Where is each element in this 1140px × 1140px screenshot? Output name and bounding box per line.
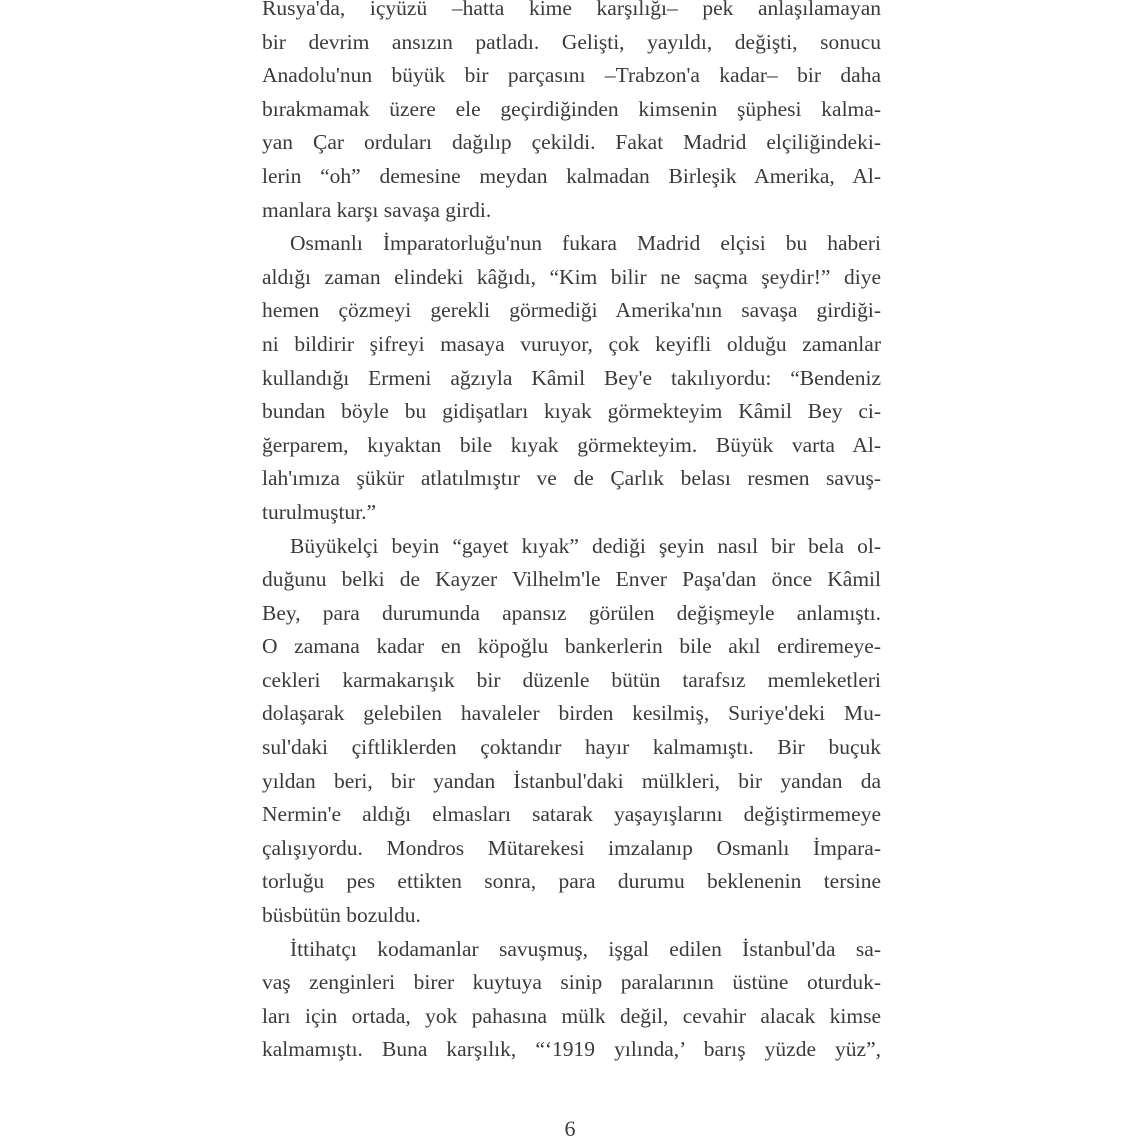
text-line: ni bildirir şifreyi masaya vuruyor, çok … xyxy=(262,328,881,362)
text-line: Rusya'da, içyüzü –hatta kime karşılığı– … xyxy=(262,0,881,26)
text-line: kullandığı Ermeni ağzıyla Kâmil Bey'e ta… xyxy=(262,362,881,396)
text-line: aldığı zaman elindeki kâğıdı, “Kim bilir… xyxy=(262,261,881,295)
text-line: bundan böyle bu gidişatları kıyak görmek… xyxy=(262,395,881,429)
text-line: büsbütün bozuldu. xyxy=(262,899,881,933)
paragraph: Rusya'da, içyüzü –hatta kime karşılığı– … xyxy=(262,0,881,227)
text-line: cekleri karmakarışık bir düzenle bütün t… xyxy=(262,664,881,698)
text-line: lerin “oh” demesine meydan kalmadan Birl… xyxy=(262,160,881,194)
text-line: bırakmamak üzere ele geçirdiğinden kimse… xyxy=(262,93,881,127)
text-line: vaş zenginleri birer kuytuya sinip paral… xyxy=(262,966,881,1000)
text-line: İttihatçı kodamanlar savuşmuş, işgal edi… xyxy=(262,933,881,967)
text-line: ğerparem, kıyaktan bile kıyak görmekteyi… xyxy=(262,429,881,463)
text-line: Nermin'e aldığı elmasları satarak yaşayı… xyxy=(262,798,881,832)
text-line: duğunu belki de Kayzer Vilhelm'le Enver … xyxy=(262,563,881,597)
text-line: dolaşarak gelebilen havaleler birden kes… xyxy=(262,697,881,731)
text-line: kalmamıştı. Buna karşılık, “‘1919 yılınd… xyxy=(262,1033,881,1067)
text-line: turulmuştur.” xyxy=(262,496,881,530)
text-line: torluğu pes ettikten sonra, para durumu … xyxy=(262,865,881,899)
paragraph: İttihatçı kodamanlar savuşmuş, işgal edi… xyxy=(262,933,881,1067)
text-line: manlara karşı savaşa girdi. xyxy=(262,194,881,228)
book-page: Rusya'da, içyüzü –hatta kime karşılığı– … xyxy=(0,0,1140,1140)
body-text: Rusya'da, içyüzü –hatta kime karşılığı– … xyxy=(262,0,881,1067)
text-line: bir devrim ansızın patladı. Gelişti, yay… xyxy=(262,26,881,60)
page-number: 6 xyxy=(0,1116,1140,1140)
text-line: hemen çözmeyi gerekli görmediği Amerika'… xyxy=(262,294,881,328)
text-line: Bey, para durumunda apansız görülen deği… xyxy=(262,597,881,631)
text-line: O zamana kadar en köpoğlu bankerlerin bi… xyxy=(262,630,881,664)
text-line: yıldan beri, bir yandan İstanbul'daki mü… xyxy=(262,765,881,799)
paragraph: Osmanlı İmparatorluğu'nun fukara Madrid … xyxy=(262,227,881,529)
paragraph: Büyükelçi beyin “gayet kıyak” dediği şey… xyxy=(262,530,881,933)
text-line: yan Çar orduları dağılıp çekildi. Fakat … xyxy=(262,126,881,160)
text-line: Büyükelçi beyin “gayet kıyak” dediği şey… xyxy=(262,530,881,564)
text-line: ları için ortada, yok pahasına mülk deği… xyxy=(262,1000,881,1034)
text-line: sul'daki çiftliklerden çoktandır hayır k… xyxy=(262,731,881,765)
text-line: Anadolu'nun büyük bir parçasını –Trabzon… xyxy=(262,59,881,93)
text-line: lah'ımıza şükür atlatılmıştır ve de Çarl… xyxy=(262,462,881,496)
text-line: çalışıyordu. Mondros Mütarekesi imzalanı… xyxy=(262,832,881,866)
text-line: Osmanlı İmparatorluğu'nun fukara Madrid … xyxy=(262,227,881,261)
